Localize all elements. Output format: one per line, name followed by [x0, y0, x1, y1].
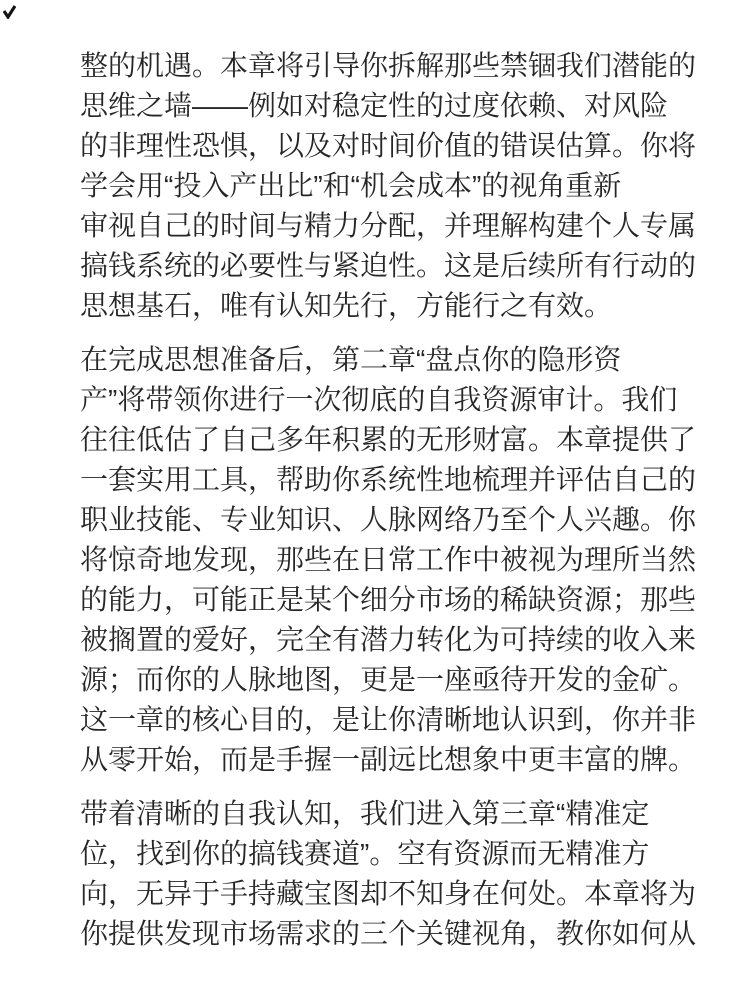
text-line: 整的机遇。本章将引导你拆解那些禁锢我们潜能的 [80, 46, 680, 86]
text-line: 思维之墙——例如对稳定性的过度依赖、对风险 [80, 86, 680, 126]
paragraph: 带着清晰的自我认知，我们进入第三章“精准定位，找到你的搞钱赛道”。空有资源而无精… [80, 794, 680, 954]
text-line: 这一章的核心目的，是让你清晰地认识到，你并非 [80, 700, 680, 740]
corner-mark-icon [3, 5, 16, 19]
text-line: 在完成思想准备后，第二章“盘点你的隐形资 [80, 340, 680, 380]
text-line: 搞钱系统的必要性与紧迫性。这是后续所有行动的 [80, 246, 680, 286]
text-line: 思想基石，唯有认知先行，方能行之有效。 [80, 286, 680, 326]
text-line: 学会用“投入产出比”和“机会成本”的视角重新 [80, 166, 680, 206]
paragraph: 整的机遇。本章将引导你拆解那些禁锢我们潜能的思维之墙——例如对稳定性的过度依赖、… [80, 46, 680, 326]
document-body: 整的机遇。本章将引导你拆解那些禁锢我们潜能的思维之墙——例如对稳定性的过度依赖、… [80, 46, 680, 954]
text-line: 一套实用工具，帮助你系统性地梳理并评估自己的 [80, 460, 680, 500]
text-line: 将惊奇地发现，那些在日常工作中被视为理所当然 [80, 540, 680, 580]
text-line: 带着清晰的自我认知，我们进入第三章“精准定 [80, 794, 680, 834]
text-line: 源；而你的人脉地图，更是一座亟待开发的金矿。 [80, 660, 680, 700]
text-line: 职业技能、专业知识、人脉网络乃至个人兴趣。你 [80, 500, 680, 540]
text-line: 产”将带领你进行一次彻底的自我资源审计。我们 [80, 380, 680, 420]
paragraph: 在完成思想准备后，第二章“盘点你的隐形资产”将带领你进行一次彻底的自我资源审计。… [80, 340, 680, 780]
text-line: 审视自己的时间与精力分配，并理解构建个人专属 [80, 206, 680, 246]
text-line: 位，找到你的搞钱赛道”。空有资源而无精准方 [80, 834, 680, 874]
text-line: 从零开始，而是手握一副远比想象中更丰富的牌。 [80, 740, 680, 780]
text-line: 的非理性恐惧，以及对时间价值的错误估算。你将 [80, 126, 680, 166]
text-line: 的能力，可能正是某个细分市场的稀缺资源；那些 [80, 580, 680, 620]
document-page: 整的机遇。本章将引导你拆解那些禁锢我们潜能的思维之墙——例如对稳定性的过度依赖、… [0, 0, 750, 1000]
text-line: 向，无异于手持藏宝图却不知身在何处。本章将为 [80, 874, 680, 914]
text-line: 被搁置的爱好，完全有潜力转化为可持续的收入来 [80, 620, 680, 660]
text-line: 往往低估了自己多年积累的无形财富。本章提供了 [80, 420, 680, 460]
text-line: 你提供发现市场需求的三个关键视角，教你如何从 [80, 914, 680, 954]
